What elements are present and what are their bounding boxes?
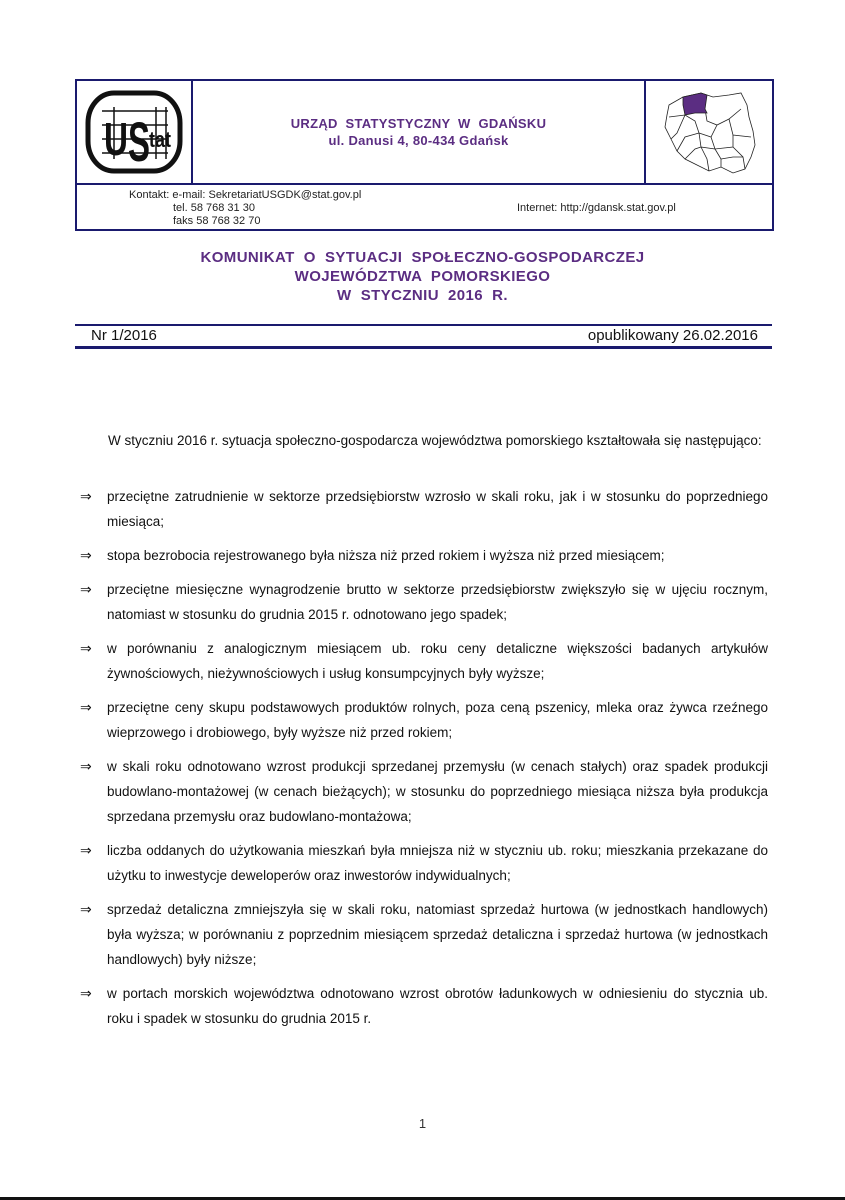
- intro-paragraph: W styczniu 2016 r. sytuacja społeczno-go…: [80, 428, 768, 453]
- list-item-text: przeciętne miesięczne wynagrodzenie brut…: [107, 582, 768, 622]
- office-title-cell: URZĄD STATYSTYCZNY W GDAŃSKU ul. Danusi …: [193, 81, 644, 183]
- title-line-1: KOMUNIKAT O SYTUACJI SPOŁECZNO-GOSPODARC…: [75, 248, 770, 267]
- list-item: ⇒liczba oddanych do użytkowania mieszkań…: [80, 838, 768, 888]
- list-item-text: w portach morskich województwa odnotowan…: [107, 986, 768, 1026]
- pomorskie-region: [683, 93, 707, 115]
- title-line-2: WOJEWÓDZTWA POMORSKIEGO: [75, 267, 770, 286]
- poland-map-icon: [655, 87, 765, 177]
- summary-list: ⇒przeciętne zatrudnienie w sektorze prze…: [80, 484, 768, 1040]
- publication-date: opublikowany 26.02.2016: [588, 327, 758, 344]
- list-item: ⇒przeciętne ceny skupu podstawowych prod…: [80, 695, 768, 745]
- svg-text:tat: tat: [149, 127, 172, 152]
- list-item: ⇒w skali roku odnotowano wzrost produkcj…: [80, 754, 768, 829]
- list-item: ⇒w porównaniu z analogicznym miesiącem u…: [80, 636, 768, 686]
- arrow-right-icon: ⇒: [80, 897, 92, 922]
- contact-info: Kontakt: e-mail: SekretariatUSGDK@stat.g…: [77, 185, 772, 229]
- arrow-right-icon: ⇒: [80, 981, 92, 1006]
- list-item: ⇒stopa bezrobocia rejestrowanego była ni…: [80, 543, 768, 568]
- arrow-right-icon: ⇒: [80, 754, 92, 779]
- list-item: ⇒w portach morskich województwa odnotowa…: [80, 981, 768, 1031]
- list-item: ⇒przeciętne zatrudnienie w sektorze prze…: [80, 484, 768, 534]
- arrow-right-icon: ⇒: [80, 838, 92, 863]
- letterhead: U S tat URZĄD STATYSTYCZNY W GDAŃSKU ul.…: [75, 79, 774, 231]
- list-item: ⇒przeciętne miesięczne wynagrodzenie bru…: [80, 577, 768, 627]
- list-item-text: w skali roku odnotowano wzrost produkcji…: [107, 759, 768, 824]
- list-item-text: stopa bezrobocia rejestrowanego była niż…: [107, 548, 665, 563]
- ustat-logo-icon: U S tat: [84, 89, 184, 175]
- arrow-right-icon: ⇒: [80, 577, 92, 602]
- list-item-text: w porównaniu z analogicznym miesiącem ub…: [107, 641, 768, 681]
- list-item-text: liczba oddanych do użytkowania mieszkań …: [107, 843, 768, 883]
- letterhead-top: U S tat URZĄD STATYSTYCZNY W GDAŃSKU ul.…: [77, 81, 772, 185]
- contact-email: Kontakt: e-mail: SekretariatUSGDK@stat.g…: [129, 189, 361, 202]
- list-item: ⇒sprzedaż detaliczna zmniejszyła się w s…: [80, 897, 768, 972]
- contact-website: Internet: http://gdansk.stat.gov.pl: [517, 202, 676, 215]
- arrow-right-icon: ⇒: [80, 484, 92, 509]
- svg-text:U: U: [104, 113, 128, 165]
- issue-bar: Nr 1/2016 opublikowany 26.02.2016: [75, 324, 772, 349]
- list-item-text: przeciętne ceny skupu podstawowych produ…: [107, 700, 768, 740]
- office-name: URZĄD STATYSTYCZNY W GDAŃSKU: [291, 115, 547, 132]
- arrow-right-icon: ⇒: [80, 695, 92, 720]
- office-address: ul. Danusi 4, 80-434 Gdańsk: [328, 132, 508, 149]
- arrow-right-icon: ⇒: [80, 543, 92, 568]
- list-item-text: sprzedaż detaliczna zmniejszyła się w sk…: [107, 902, 768, 967]
- issue-number: Nr 1/2016: [91, 327, 157, 344]
- map-cell: [644, 81, 774, 183]
- contact-fax: faks 58 768 32 70: [173, 215, 260, 228]
- logo-cell: U S tat: [77, 81, 193, 183]
- page-number: 1: [0, 1116, 845, 1131]
- list-item-text: przeciętne zatrudnienie w sektorze przed…: [107, 489, 768, 529]
- title-line-3: W STYCZNIU 2016 R.: [75, 286, 770, 305]
- document-title: KOMUNIKAT O SYTUACJI SPOŁECZNO-GOSPODARC…: [75, 248, 770, 305]
- svg-text:S: S: [128, 110, 150, 173]
- contact-phone: tel. 58 768 31 30: [173, 202, 255, 215]
- arrow-right-icon: ⇒: [80, 636, 92, 661]
